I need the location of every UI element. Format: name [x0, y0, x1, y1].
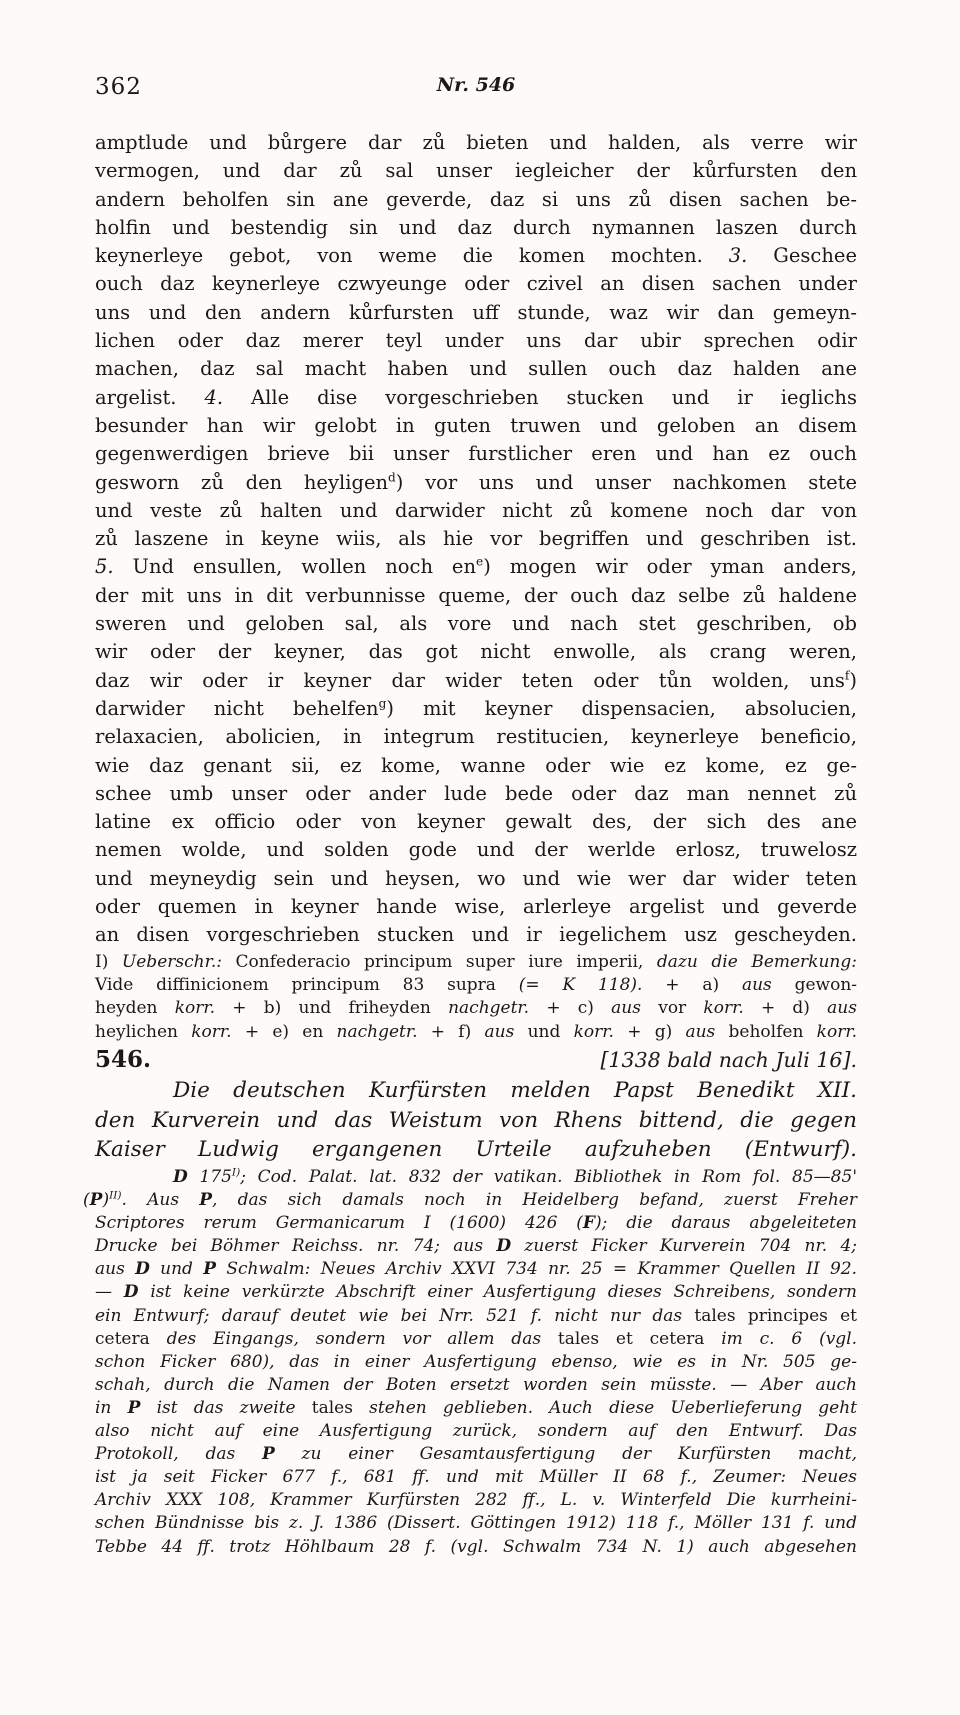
document-number-heading: Nr. 546	[95, 74, 857, 96]
text-line: und veste zů halten und darwider nicht z…	[95, 497, 857, 525]
text-line: Kaiser Ludwig ergangenen Urteile aufzuhe…	[95, 1135, 857, 1165]
text-line: sweren und geloben sal, als vore und nac…	[95, 610, 857, 638]
text-line: (P)II). Aus P, das sich damals noch in H…	[95, 1189, 857, 1212]
page-header: 362 Nr. 546	[95, 74, 857, 104]
text-line: also nicht auf eine Ausfertigung zurück,…	[95, 1420, 857, 1443]
text-line: heylichen korr. + e) en nachgetr. + f) a…	[95, 1021, 857, 1044]
text-line: besunder han wir gelobt in guten truwen …	[95, 412, 857, 440]
text-line: Archiv XXX 108, Krammer Kurfürsten 282 f…	[95, 1489, 857, 1512]
text-line: gegenwerdigen brieve bii unser furstlich…	[95, 440, 857, 468]
text-line: andern beholfen sin ane geverde, daz si …	[95, 186, 857, 214]
text-line: holfin und bestendig sin und daz durch n…	[95, 214, 857, 242]
text-line: in P ist das zweite tales stehen geblieb…	[95, 1397, 857, 1420]
text-line: wie daz genant sii, ez kome, wanne oder …	[95, 752, 857, 780]
text-line: wir oder der keyner, das got nicht enwol…	[95, 638, 857, 666]
text-line: schee umb unser oder ander lude bede ode…	[95, 780, 857, 808]
text-line: keynerleye gebot, von weme die komen moc…	[95, 242, 857, 270]
text-line: Tebbe 44 ff. trotz Höhlbaum 28 f. (vgl. …	[95, 1536, 857, 1559]
text-line: Protokoll, das P zu einer Gesamtausferti…	[95, 1443, 857, 1466]
entry-date: [1338 bald nach Juli 16].	[600, 1048, 857, 1072]
text-line: cetera des Eingangs, sondern vor allem d…	[95, 1328, 857, 1351]
text-line: I) Ueberschr.: Confederacio principum su…	[95, 951, 857, 974]
text-line: schah, durch die Namen der Boten ersetzt…	[95, 1374, 857, 1397]
text-line: und meyneydig sein und heysen, wo und wi…	[95, 865, 857, 893]
text-line: Drucke bei Böhmer Reichss. nr. 74; aus D…	[95, 1235, 857, 1258]
text-line: gesworn zů den heyligend) vor uns und un…	[95, 469, 857, 497]
text-line: vermogen, und dar zů sal unser iegleiche…	[95, 157, 857, 185]
text-line: daz wir oder ir keyner dar wider teten o…	[95, 667, 857, 695]
text-line: ist ja seit Ficker 677 f., 681 ff. und m…	[95, 1466, 857, 1489]
entry-regest: Die deutschen Kurfürsten melden Papst Be…	[95, 1076, 857, 1165]
text-line: schon Ficker 680), das in einer Ausferti…	[95, 1351, 857, 1374]
text-line: uns und den andern kůrfursten uff stunde…	[95, 299, 857, 327]
text-line: zů laszene in keyne wiis, als hie vor be…	[95, 525, 857, 553]
text-line: an disen vorgeschrieben stucken und ir i…	[95, 921, 857, 949]
text-line: ouch daz keynerleye czwyeunge oder czive…	[95, 270, 857, 298]
document-page: 362 Nr. 546 amptlude und bůrgere dar zů …	[0, 0, 960, 1715]
charter-footnotes: I) Ueberschr.: Confederacio principum su…	[95, 951, 857, 1044]
text-line: lichen oder daz merer teyl under uns dar…	[95, 327, 857, 355]
text-line: D 175I); Cod. Palat. lat. 832 der vatika…	[95, 1166, 857, 1189]
entry-number: 546.	[95, 1046, 151, 1073]
text-line: ein Entwurf; darauf deutet wie bei Nrr. …	[95, 1305, 857, 1328]
entry-header-row: 546. [1338 bald nach Juli 16].	[95, 1046, 857, 1073]
text-line: Die deutschen Kurfürsten melden Papst Be…	[95, 1076, 857, 1106]
text-line: der mit uns in dit verbunnisse queme, de…	[95, 582, 857, 610]
text-line: latine ex officio oder von keyner gewalt…	[95, 808, 857, 836]
text-line: aus D und P Schwalm: Neues Archiv XXVI 7…	[95, 1258, 857, 1281]
text-line: machen, daz sal macht haben und sullen o…	[95, 355, 857, 383]
text-line: oder quemen in keyner hande wise, arlerl…	[95, 893, 857, 921]
text-line: den Kurverein und das Weistum von Rhens …	[95, 1106, 857, 1136]
text-line: relaxacien, abolicien, in integrum resti…	[95, 723, 857, 751]
text-line: Vide diffinicionem principum 83 supra (=…	[95, 974, 857, 997]
text-line: heyden korr. + b) und friheyden nachgetr…	[95, 997, 857, 1020]
text-line: — D ist keine verkürzte Abschrift einer …	[95, 1281, 857, 1304]
text-line: Scriptores rerum Germanicarum I (1600) 4…	[95, 1212, 857, 1235]
text-line: argelist. 4. Alle dise vorgeschrieben st…	[95, 384, 857, 412]
text-line: 5. Und ensullen, wollen noch ene) mogen …	[95, 553, 857, 581]
text-line: darwider nicht behelfeng) mit keyner dis…	[95, 695, 857, 723]
text-line: schen Bündnisse bis z. J. 1386 (Dissert.…	[95, 1512, 857, 1535]
text-line: amptlude und bůrgere dar zů bieten und h…	[95, 129, 857, 157]
source-apparatus: D 175I); Cod. Palat. lat. 832 der vatika…	[95, 1166, 857, 1559]
text-line: nemen wolde, und solden gode und der wer…	[95, 836, 857, 864]
charter-body-text: amptlude und bůrgere dar zů bieten und h…	[95, 129, 857, 950]
